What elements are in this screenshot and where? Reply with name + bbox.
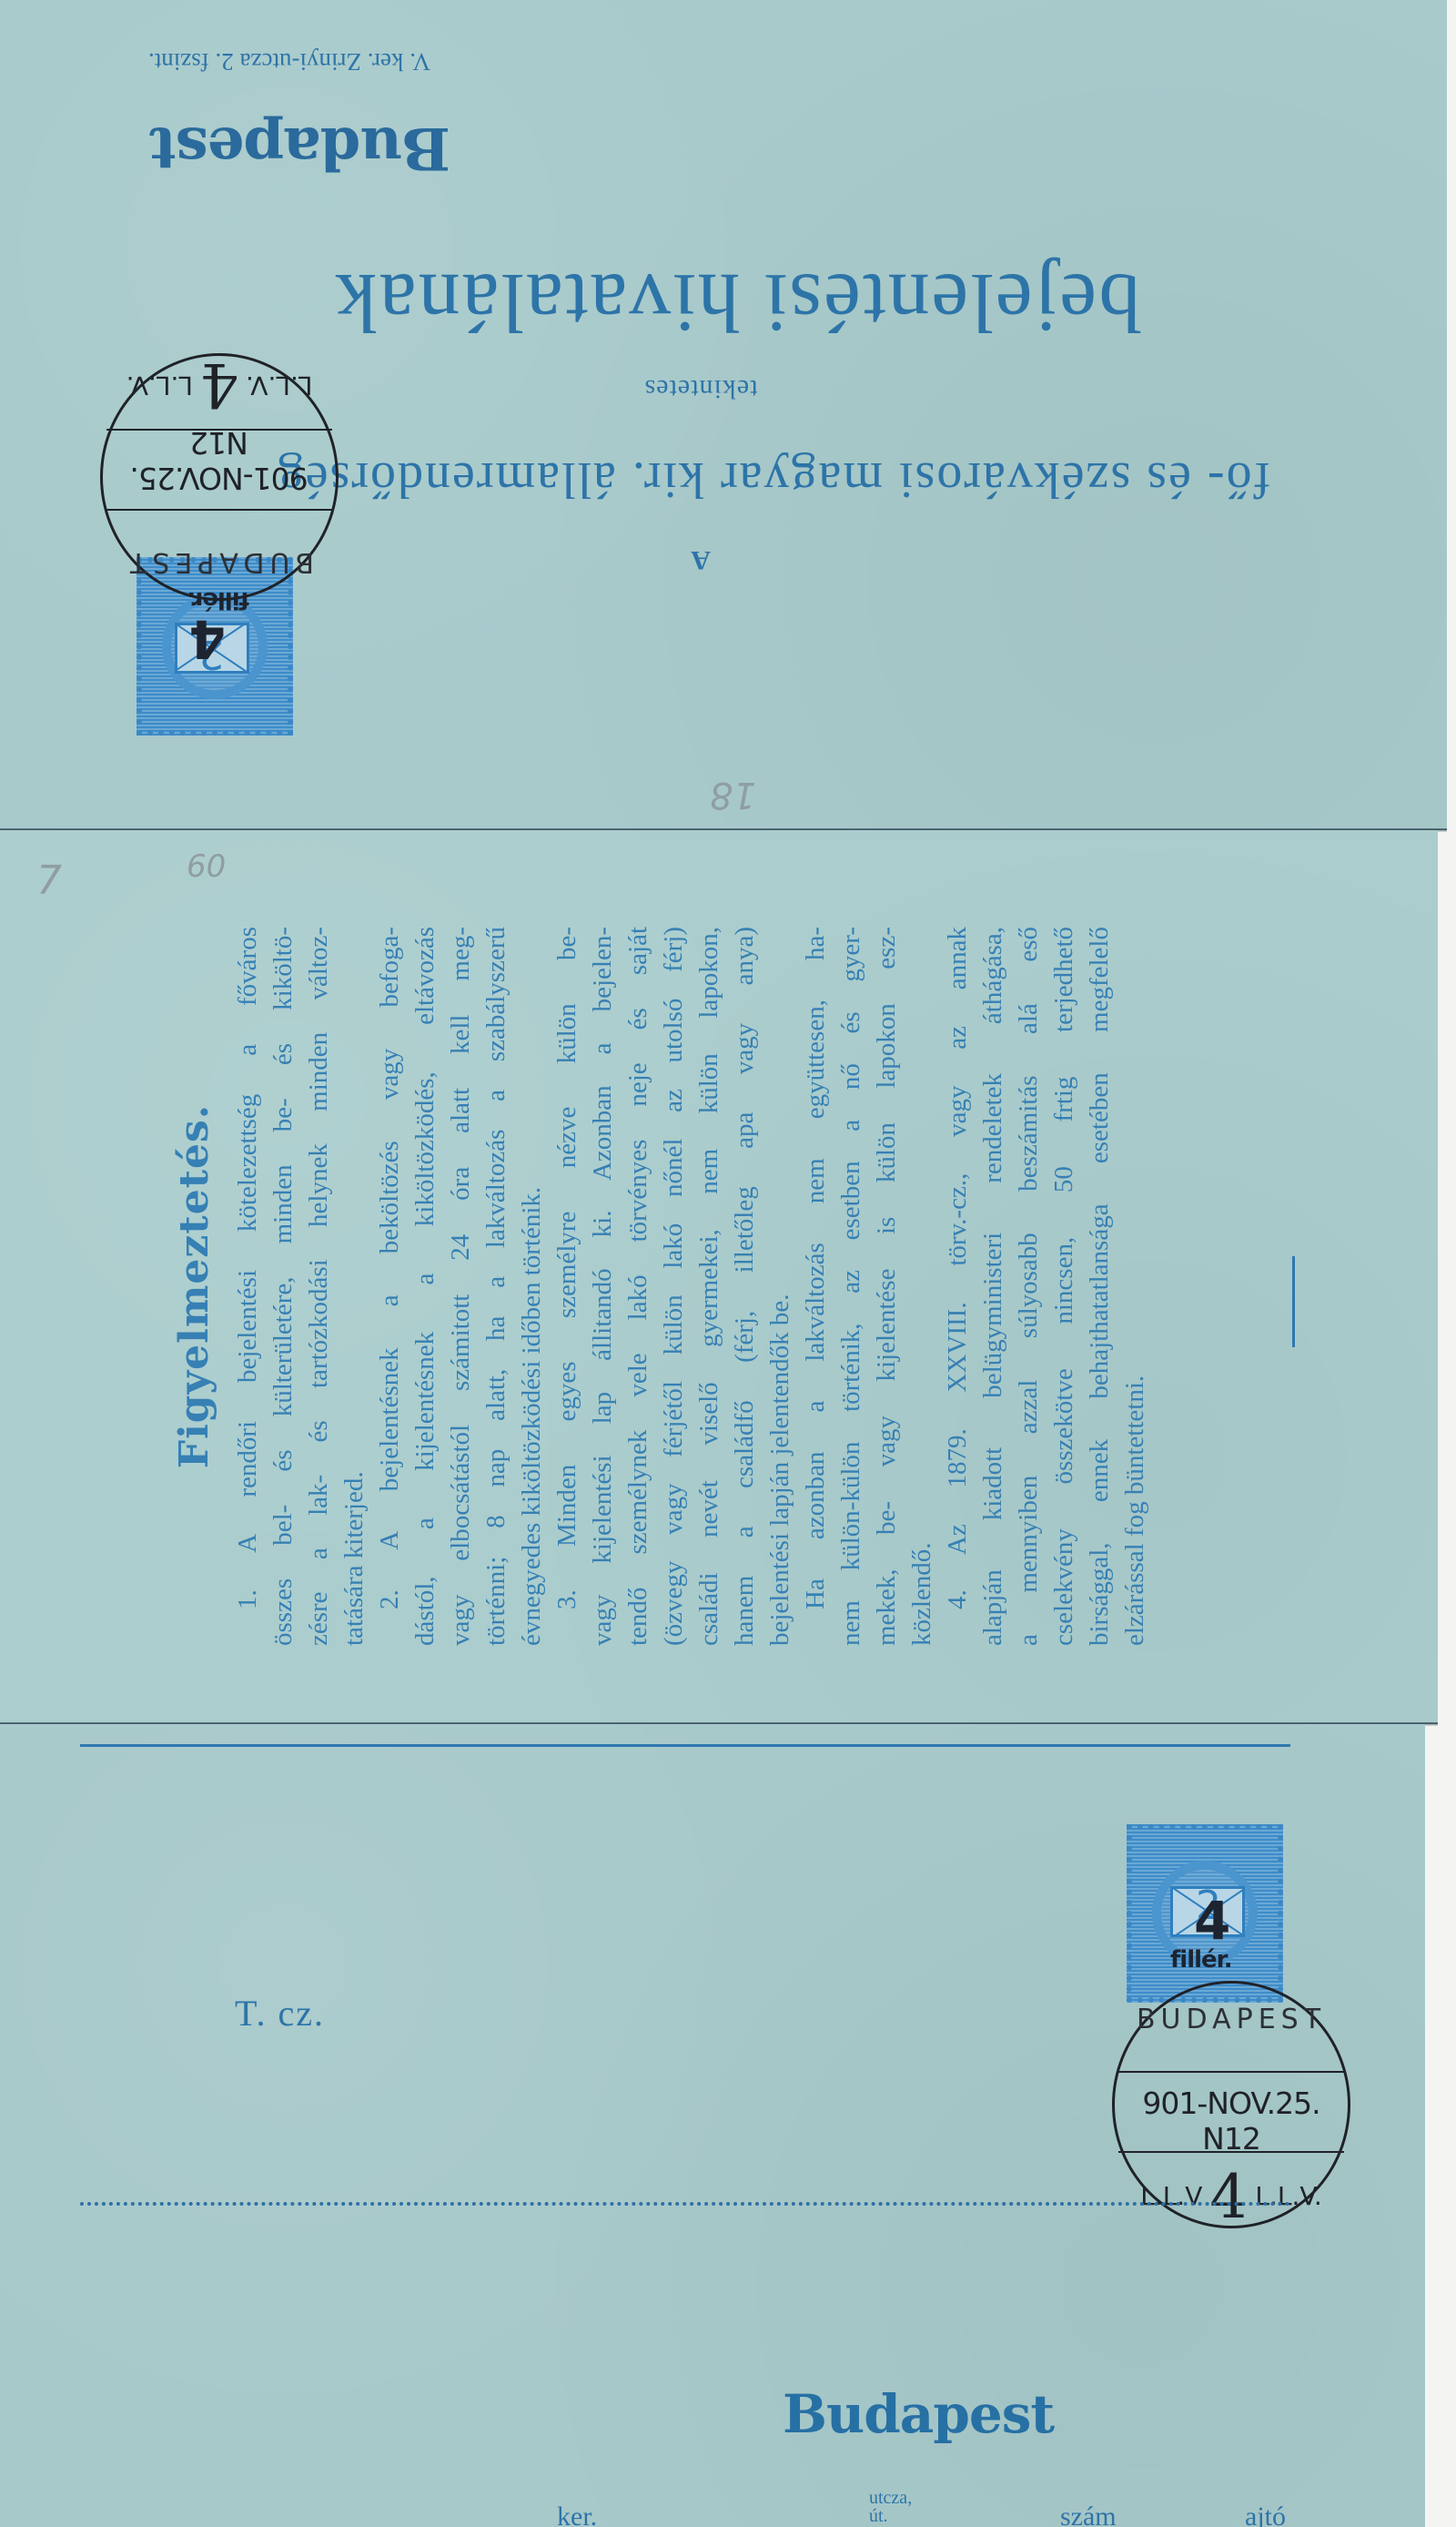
postmark-date: 901-NOV.25. N12: [103, 425, 336, 496]
divider: [1292, 1256, 1295, 1347]
instruction-line: vagy kijelentési lap állitandó ki. Azonb…: [585, 927, 621, 1646]
instructions-body: 1. A rendőri bejelentési kötelezettség a…: [230, 927, 1153, 1646]
instruction-paragraph: 1. A rendőri bejelentési kötelezettség a…: [230, 927, 372, 1646]
instruction-line: 3. Minden egyes személyre nézve külön be…: [550, 927, 585, 1646]
label-street: utcza,út.: [869, 2489, 912, 2525]
instruction-line: (özvegy vagy férjétől külön lakó nőnél a…: [656, 927, 692, 1646]
label-street-line1: utcza,: [869, 2488, 912, 2508]
postmark-office-number: 4: [1209, 2162, 1248, 2232]
instruction-paragraph: 3. Minden egyes személyre nézve külön be…: [550, 927, 798, 1646]
instruction-line: a mennyiben azzal súlyosabb beszámitás a…: [1011, 927, 1046, 1646]
instruction-line: családi nevét viselő gyermekei, nem külö…: [692, 927, 727, 1646]
instruction-line: 4. Az 1879. XXVIII. törv.-cz., vagy az a…: [940, 927, 976, 1646]
instruction-line: mekek, be- vagy kijelentése is külön lap…: [869, 927, 905, 1646]
instruction-line: alapján kiadott belügyministeri rendelet…: [976, 927, 1011, 1646]
instruction-line: közlendő.: [905, 927, 940, 1646]
postmark-office-left: L.L.V.: [246, 370, 312, 401]
instruction-line: vagy elbocsátástól számitott 24 óra alat…: [443, 927, 479, 1646]
instruction-line: nem külön-külön történik, az esetben a n…: [834, 927, 869, 1646]
postmark-office-right: L.L.V.: [126, 370, 193, 401]
postmark-city: BUDAPEST: [1115, 2004, 1348, 2035]
postmark-office-number: 4: [200, 350, 238, 420]
pencil-mark: 7: [36, 858, 62, 904]
instruction-line: 1. A rendőri bejelentési kötelezettség a…: [230, 927, 266, 1646]
honorific: tekintetes: [601, 373, 801, 404]
instruction-line: tendő személynek vele lakó törvényes nej…: [621, 927, 656, 1646]
postmark-bottom: BUDAPEST 901-NOV.25. N12 L.L.V4L.L.V.: [1112, 1981, 1350, 2228]
instruction-line: cselekvény összekötve nincsen, 50 frtig …: [1046, 927, 1082, 1646]
border-line: [80, 1744, 1290, 1747]
instruction-paragraph: 2. A bejelentésnek a beköltözés vagy bef…: [372, 927, 550, 1646]
pencil-mark: 18: [710, 774, 756, 816]
instruction-line: zésre a lak- és tartózkodási helynek min…: [301, 927, 337, 1646]
instruction-line: hanem a családfő (férj, illetőleg apa va…: [727, 927, 763, 1646]
stamp-surcharge-value: 4: [1194, 1890, 1230, 1952]
postmark-office: L.L.V4L.L.V.: [1115, 2162, 1348, 2232]
label-door: ajtó: [1245, 2502, 1286, 2527]
postmark-date: 901-NOV.25. N12: [1115, 2086, 1348, 2157]
instruction-line: bejelentési lapján jelentendők be.: [763, 927, 798, 1646]
pencil-mark: 60: [187, 848, 226, 885]
instruction-line: összes bel- és külterületére, minden be-…: [266, 927, 301, 1646]
stamp-surcharge-value: 4: [189, 608, 226, 670]
instruction-line: történni; 8 nap alatt, ha a lakváltozás …: [479, 927, 514, 1646]
postmark-office-right: L.L.V.: [1255, 2181, 1321, 2211]
article: A: [673, 544, 728, 575]
postmark-office-left: L.L.V: [1140, 2181, 1202, 2211]
postmark-city: BUDAPEST: [103, 546, 336, 578]
instruction-line: Ha azonban a lakváltozás nem együttesen,…: [798, 927, 834, 1646]
recipient-address: V. ker. Zrinyi-utcza 2. fszint.: [107, 47, 471, 76]
instruction-line: évnegyedes kiköltözködési időben történi…: [514, 927, 550, 1646]
recipient-city: Budapest: [168, 114, 450, 182]
recipient-office: bejelentési hivatalának: [237, 255, 1238, 351]
postmark-top: BUDAPEST 901-NOV.25. N12 L.L.V.4L.L.V.: [100, 353, 339, 601]
label-number: szám: [1060, 2502, 1117, 2527]
postage-stamp-bottom: 2 4 fillér.: [1127, 1824, 1283, 2003]
instructions-title: Figyelmeztetés.: [171, 927, 217, 1646]
instruction-line: 2. A bejelentésnek a beköltözés vagy bef…: [372, 927, 408, 1646]
stamp-surcharge-unit: fillér.: [1170, 1946, 1232, 1974]
sender-title-prefix: T. cz.: [235, 1992, 325, 2035]
instruction-line: birsággal, ennek behajthatatlansága eset…: [1082, 927, 1117, 1646]
instruction-line: dástól, a kijelentésnek a kiköltözködés,…: [408, 927, 443, 1646]
sender-name-line: [80, 2202, 1290, 2206]
label-district: ker.: [557, 2502, 597, 2527]
instructions-block: Figyelmeztetés. 1. A rendőri bejelentési…: [171, 927, 1153, 1646]
sender-city: Budapest: [783, 2383, 1054, 2445]
recipient-authority: fő- és székvárosi magyar kir. államrendő…: [255, 451, 1292, 509]
instruction-paragraph: Ha azonban a lakváltozás nem együttesen,…: [798, 927, 940, 1646]
label-street-line2: út.: [869, 2506, 888, 2526]
instruction-line: tatására kiterjed.: [337, 927, 372, 1646]
instruction-paragraph: 4. Az 1879. XXVIII. törv.-cz., vagy az a…: [940, 927, 1153, 1646]
postmark-office: L.L.V.4L.L.V.: [103, 350, 336, 420]
instruction-line: elzárással fog büntettetni.: [1117, 927, 1153, 1646]
